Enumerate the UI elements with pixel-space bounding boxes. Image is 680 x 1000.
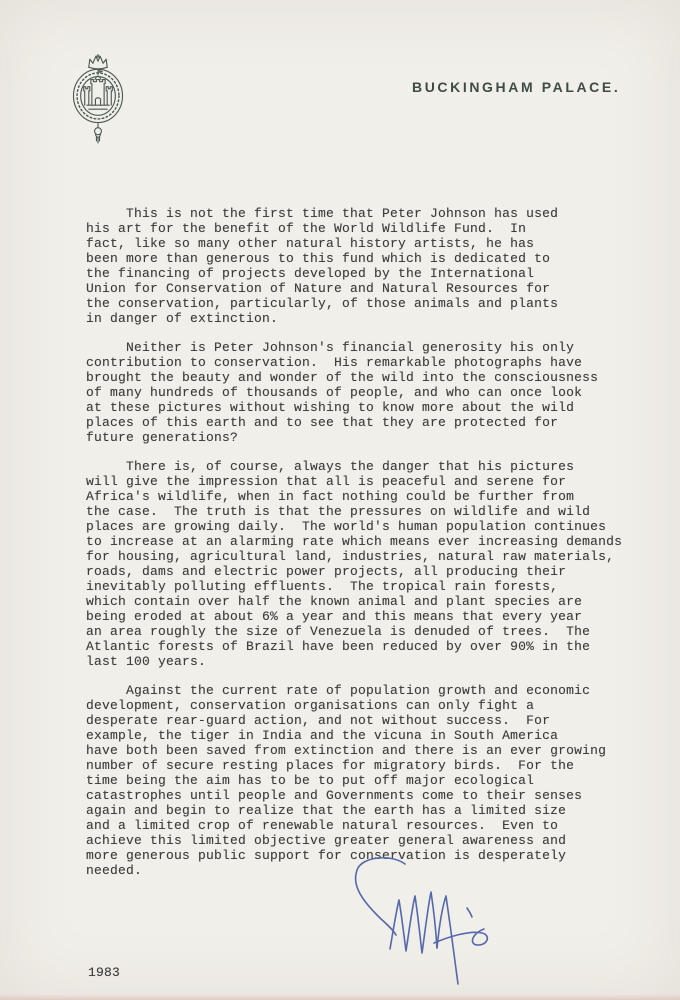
letter-body: This is not the first time that Peter Jo… [86,206,631,892]
letterhead-title: BUCKINGHAM PALACE. [412,79,620,95]
paragraph-1: This is not the first time that Peter Jo… [86,206,631,326]
paragraph-2: Neither is Peter Johnson's financial gen… [86,340,631,445]
royal-crest-icon [58,52,138,146]
letter-page: BUCKINGHAM PALACE. This is not the first… [0,0,680,1000]
year-label: 1983 [88,965,120,980]
signature-philip [330,856,500,996]
signature-ink-icon [330,856,500,996]
paragraph-4: Against the current rate of population g… [86,683,631,878]
paragraph-3: There is, of course, always the danger t… [86,459,631,669]
